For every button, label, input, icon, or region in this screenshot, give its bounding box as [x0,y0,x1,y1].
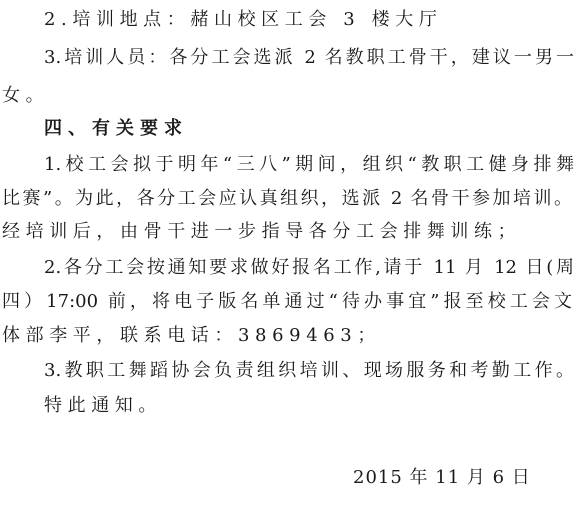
requirement-1-line-3: 经培训后，由骨干进一步指导各分工会排舞训练； [2,221,572,243]
training-personnel-line: 3.培训人员：各分工会选派 2 名教职工骨干，建议一男一 [44,47,574,69]
document-page: 2.培训地点：赭山校区工会 3 楼大厅 3.培训人员：各分工会选派 2 名教职工… [0,0,581,508]
document-date: 2015 年 11 月 6 日 [353,467,531,489]
section-heading-requirements: 四、有关要求 [44,118,574,140]
training-location-line: 2.培训地点：赭山校区工会 3 楼大厅 [44,9,574,31]
requirement-1-line-1: 1.校工会拟于明年“三八”期间，组织“教职工健身排舞 [44,154,574,176]
requirement-3-line: 3.教职工舞蹈协会负责组织培训、现场服务和考勤工作。 [44,360,574,382]
requirement-1-line-2: 比赛”。为此，各分工会应认真组织，选派 2 名骨干参加培训。 [2,188,572,210]
requirement-2-line-3: 体部李平，联系电话：3869463； [2,325,572,347]
closing-notice: 特此通知。 [44,395,574,417]
requirement-2-line-2: 四）17:00 前，将电子版名单通过“待办事宜”报至校工会文 [2,291,572,313]
training-personnel-line-cont: 女。 [2,85,572,107]
requirement-2-line-1: 2.各分工会按通知要求做好报名工作,请于 11 月 12 日(周 [44,257,574,279]
